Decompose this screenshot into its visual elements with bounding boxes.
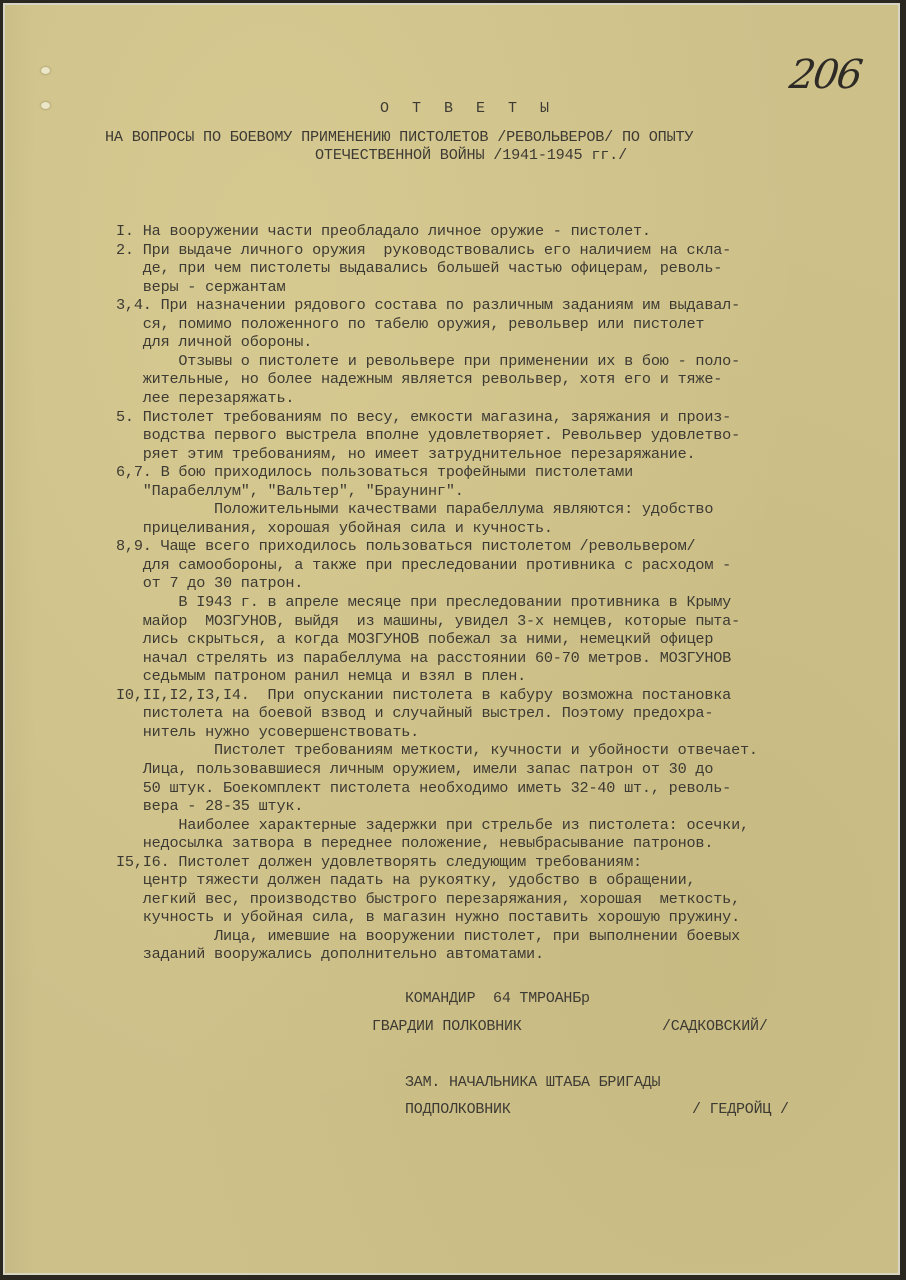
signature-1-name: /САДКОВСКИЙ/ (662, 1018, 768, 1036)
body-line: прицеливания, хорошая убойная сила и куч… (116, 519, 553, 537)
punch-hole (41, 102, 50, 109)
body-line: 3,4. При назначении рядового состава по … (116, 296, 740, 314)
body-line: кучность и убойная сила, в магазин нужно… (116, 908, 740, 926)
signature-1-rank: ГВАРДИИ ПОЛКОВНИК (372, 1018, 522, 1036)
body-line: 6,7. В бою приходилось пользоваться троф… (116, 463, 633, 481)
body-line: седьмым патроном ранил немца и взял в пл… (116, 667, 526, 685)
body-line: веры - сержантам (116, 278, 285, 296)
body-line: недосылка затвора в переднее положение, … (116, 834, 713, 852)
punch-hole (41, 67, 50, 74)
body-line: де, при чем пистолеты выдавались большей… (116, 259, 722, 277)
body-line: В I943 г. в апреле месяце при преследова… (116, 593, 731, 611)
body-line: 50 штук. Боекомплект пистолета необходим… (116, 779, 731, 797)
body-line: лись скрыться, а когда МОЗГУНОВ побежал … (116, 630, 713, 648)
body-line: ся, помимо положенного по табелю оружия,… (116, 315, 704, 333)
body-line: для личной обороны. (116, 333, 312, 351)
body-line: центр тяжести должен падать на рукоятку,… (116, 871, 695, 889)
document-subtitle-line-2: ОТЕЧЕСТВЕННОЙ ВОЙНЫ /1941-1945 гг./ (315, 146, 627, 164)
document-subtitle-line-1: НА ВОПРОСЫ ПО БОЕВОМУ ПРИМЕНЕНИЮ ПИСТОЛЕ… (105, 128, 693, 146)
body-line: I0,II,I2,I3,I4. При опускании пистолета … (116, 686, 731, 704)
body-line: водства первого выстрела вполне удовлетв… (116, 426, 740, 444)
body-line: вера - 28-35 штук. (116, 797, 303, 815)
signature-1-position: КОМАНДИР 64 ТМРОАНБр (405, 990, 590, 1008)
body-line: от 7 до 30 патрон. (116, 574, 303, 592)
body-line: пистолета на боевой взвод и случайный вы… (116, 704, 713, 722)
body-line: заданий вооружались дополнительно автома… (116, 945, 544, 963)
body-line: ряет этим требованиям, но имеет затрудни… (116, 445, 695, 463)
body-line: нитель нужно усовершенствовать. (116, 723, 419, 741)
body-line: I5,I6. Пистолет должен удовлетворять сле… (116, 853, 642, 871)
body-line: "Парабеллум", "Вальтер", "Браунинг". (116, 482, 464, 500)
body-line: майор МОЗГУНОВ, выйдя из машины, увидел … (116, 612, 740, 630)
body-line: Лица, имевшие на вооружении пистолет, пр… (116, 927, 740, 945)
body-line: 2. При выдаче личного оружия руководство… (116, 241, 731, 259)
body-line: начал стрелять из парабеллума на расстоя… (116, 649, 731, 667)
body-line: Пистолет требованиям меткости, кучности … (116, 741, 758, 759)
body-line: Лица, пользовавшиеся личным оружием, име… (116, 760, 713, 778)
body-line: 8,9. Чаще всего приходилось пользоваться… (116, 537, 695, 555)
body-line: 5. Пистолет требованиям по весу, емкости… (116, 408, 731, 426)
body-line: Отзывы о пистолете и револьвере при прим… (116, 352, 740, 370)
body-line: I. На вооружении части преобладало лично… (116, 222, 651, 240)
body-line: Наиболее характерные задержки при стрель… (116, 816, 749, 834)
body-line: для самообороны, а также при преследован… (116, 556, 731, 574)
body-line: лее перезаряжать. (116, 389, 294, 407)
body-line: Положительными качествами парабеллума яв… (116, 500, 713, 518)
signature-2-position: ЗАМ. НАЧАЛЬНИКА ШТАБА БРИГАДЫ (405, 1074, 660, 1092)
signature-2-name: / ГЕДРОЙЦ / (692, 1101, 789, 1119)
document-title: О Т В Е Т Ы (380, 100, 556, 118)
page-number-handwritten: 206 (787, 52, 864, 98)
body-line: легкий вес, производство быстрого переза… (116, 890, 740, 908)
signature-2-rank: ПОДПОЛКОВНИК (405, 1101, 511, 1119)
body-line: жительные, но более надежным является ре… (116, 370, 722, 388)
